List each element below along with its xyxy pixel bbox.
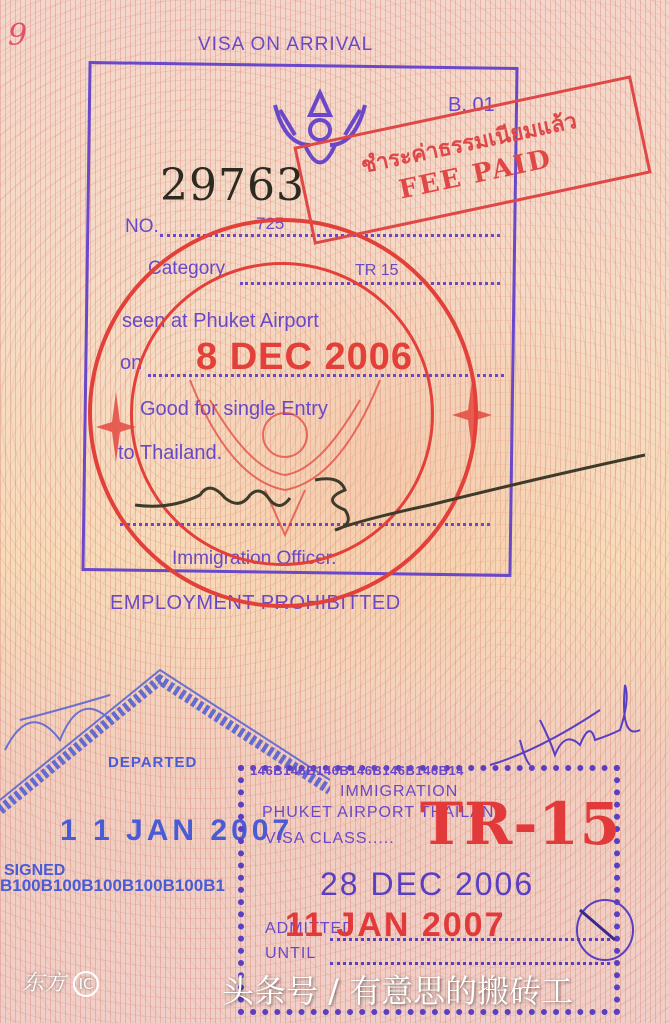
handwritten-mark-icon — [570, 890, 650, 965]
caption-watermark: 头条号 / 有意思的搬砖工 — [222, 966, 573, 1012]
no-label: NO. — [125, 216, 159, 238]
visa-serial-number: 29763 — [160, 160, 305, 211]
visa-category-stamp: TR-15 — [420, 790, 621, 858]
passport-page: 9 VISA ON ARRIVAL B. 01 29763 NO. 725 Ca… — [0, 0, 669, 1023]
departed-label: DEPARTED — [108, 754, 197, 771]
visa-class-label: VISA CLASS..... — [265, 830, 395, 848]
arrival-border-code: 146B146B146B146B146B146B14 — [250, 763, 464, 778]
until-line — [330, 962, 610, 965]
page-number: 9 — [8, 18, 27, 53]
departure-border-code: B100B100B100B100B100B1 — [0, 876, 225, 896]
officer-signature-icon — [130, 450, 650, 540]
star-ornament-icon — [452, 380, 492, 450]
source-logo-text: 东方 — [22, 971, 66, 996]
source-logo-mark: IC — [73, 971, 99, 997]
until-label: UNTIL — [265, 945, 316, 963]
visa-title: VISA ON ARRIVAL — [198, 34, 373, 56]
source-logo: 东方 IC — [22, 966, 99, 997]
arrival-date: 28 DEC 2006 — [320, 866, 534, 903]
admitted-line — [330, 938, 610, 941]
handwritten-initials-icon — [480, 680, 660, 770]
